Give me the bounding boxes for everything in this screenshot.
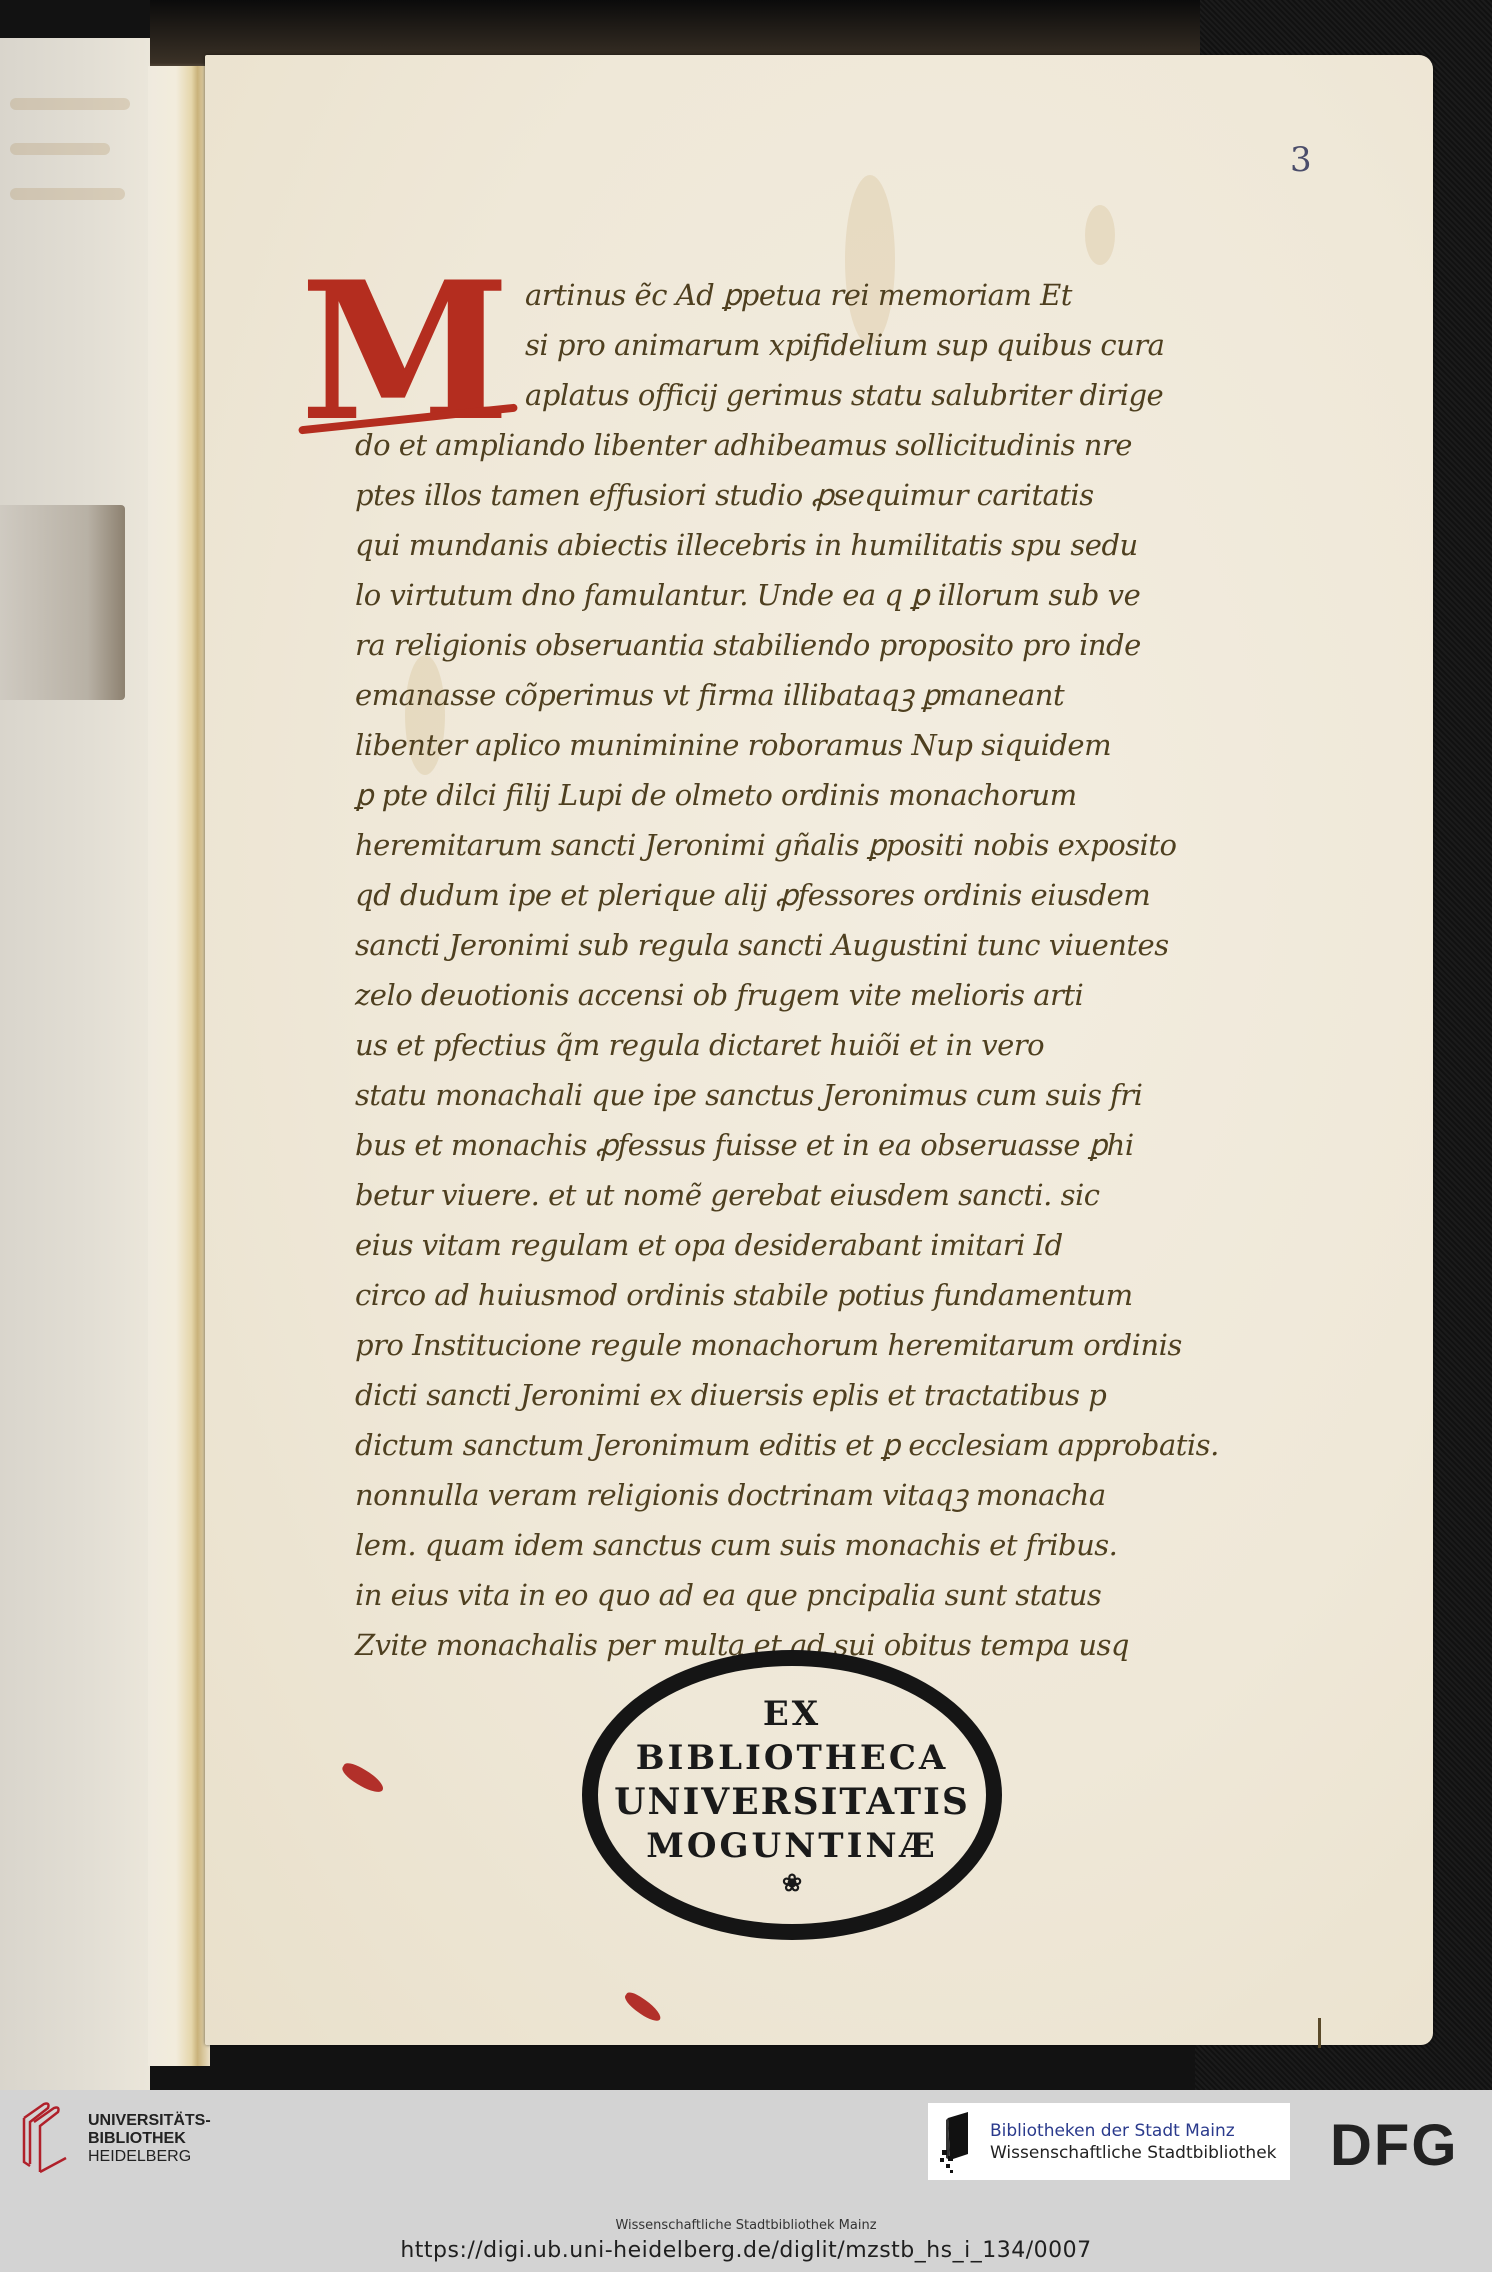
mainz-logo-line: Wissenschaftliche Stadtbibliothek (990, 2142, 1277, 2164)
text-line: statu monachali que ipe sanctus Jeronimu… (355, 1070, 1315, 1120)
text-line: emanasse cõperimus vt firma illibataqꝫ ꝑ… (355, 670, 1315, 720)
text-line: libenter aplico muniminine roboramus Nup… (355, 720, 1315, 770)
ub-heidelberg-book-icon (16, 2100, 74, 2178)
text-line: qd dudum ipe et plerique alij ꝓfessores … (355, 870, 1315, 920)
library-stamp: EX BIBLIOTHECA UNIVERSITATIS MOGUNTINÆ ❀ (582, 1650, 1002, 1940)
text-line: dictum sanctum Jeronimum editis et ꝑ ecc… (355, 1420, 1315, 1470)
bleed-through-line (10, 143, 110, 155)
text-line: eius vitam regulam et opa desiderabant i… (355, 1220, 1315, 1270)
stamp-line: EX (763, 1692, 821, 1736)
text-line: si pro animarum xpifidelium sup quibus c… (355, 320, 1315, 370)
permalink-url[interactable]: https://digi.ub.uni-heidelberg.de/diglit… (0, 2238, 1492, 2263)
text-line: ptes illos tamen effusiori studio ꝓsequi… (355, 470, 1315, 520)
ub-logo-line: HEIDELBERG (88, 2148, 211, 2166)
text-line: sancti Jeronimi sub regula sancti August… (355, 920, 1315, 970)
stamp-line: BIBLIOTHECA (636, 1736, 949, 1780)
text-line: lem. quam idem sanctus cum suis monachis… (355, 1520, 1315, 1570)
text-line: aplatus officij gerimus statu salubriter… (355, 370, 1315, 420)
holding-institution: Wissenschaftliche Stadtbibliothek Mainz (0, 2218, 1492, 2233)
text-line: bus et monachis ꝓfessus fuisse et in ea … (355, 1120, 1315, 1170)
stamp-ornament-icon: ❀ (782, 1868, 802, 1898)
text-line: dicti sancti Jeronimi ex diuersis eplis … (355, 1370, 1315, 1420)
stamp-line: MOGUNTINÆ (646, 1824, 937, 1868)
manuscript-viewer: 3 M artinus ẽc Ad ꝑpetua rei memoriam Et… (0, 0, 1492, 2090)
bleed-through-line (10, 98, 130, 110)
text-line: heremitarum sancti Jeronimi gñalis ꝑposi… (355, 820, 1315, 870)
mainz-library-logo[interactable]: Bibliotheken der Stadt Mainz Wissenschaf… (928, 2103, 1290, 2180)
dfg-logo[interactable]: DFG (1330, 2112, 1458, 2179)
page-mark (1318, 2018, 1321, 2048)
text-line: in eius vita in eo quo ad ea que pncipal… (355, 1570, 1315, 1620)
text-line: circo ad huiusmod ordinis stabile potius… (355, 1270, 1315, 1320)
stamp-line: UNIVERSITATIS (614, 1780, 970, 1824)
text-line: pro Institucione regule monachorum herem… (355, 1320, 1315, 1370)
text-line: us et pfectius q̃m regula dictaret huiõi… (355, 1020, 1315, 1070)
text-line: nonnulla veram religionis doctrinam vita… (355, 1470, 1315, 1520)
ub-logo-line: BIBLIOTHEK (88, 2130, 211, 2148)
mainz-logo-line: Bibliotheken der Stadt Mainz (990, 2120, 1277, 2142)
folio-number: 3 (1290, 140, 1312, 180)
text-line: ꝑ pte dilci filij Lupi de olmeto ordinis… (355, 770, 1315, 820)
text-line: betur viuere. et ut nomẽ gerebat eiusdem… (355, 1170, 1315, 1220)
paper-tab (0, 505, 125, 700)
stain (1085, 205, 1115, 265)
text-line: do et ampliando libenter adhibeamus soll… (355, 420, 1315, 470)
ub-heidelberg-logo[interactable]: UNIVERSITÄTS- BIBLIOTHEK HEIDELBERG (16, 2100, 211, 2178)
bleed-through-line (10, 188, 125, 200)
text-line: zelo deuotionis accensi ob frugem vite m… (355, 970, 1315, 1020)
ub-logo-line: UNIVERSITÄTS- (88, 2112, 211, 2130)
book-gutter (148, 66, 210, 2066)
text-line: lo virtutum dno famulantur. Unde ea q ꝑ … (355, 570, 1315, 620)
text-line: artinus ẽc Ad ꝑpetua rei memoriam Et (355, 270, 1315, 320)
text-line: ra religionis obseruantia stabiliendo pr… (355, 620, 1315, 670)
facing-page-edge (0, 38, 150, 2090)
manuscript-text: artinus ẽc Ad ꝑpetua rei memoriam Et si … (355, 270, 1315, 1670)
text-line: qui mundanis abiectis illecebris in humi… (355, 520, 1315, 570)
footer: UNIVERSITÄTS- BIBLIOTHEK HEIDELBERG Bibl… (0, 2090, 1492, 2272)
mainz-book-icon (938, 2110, 980, 2174)
